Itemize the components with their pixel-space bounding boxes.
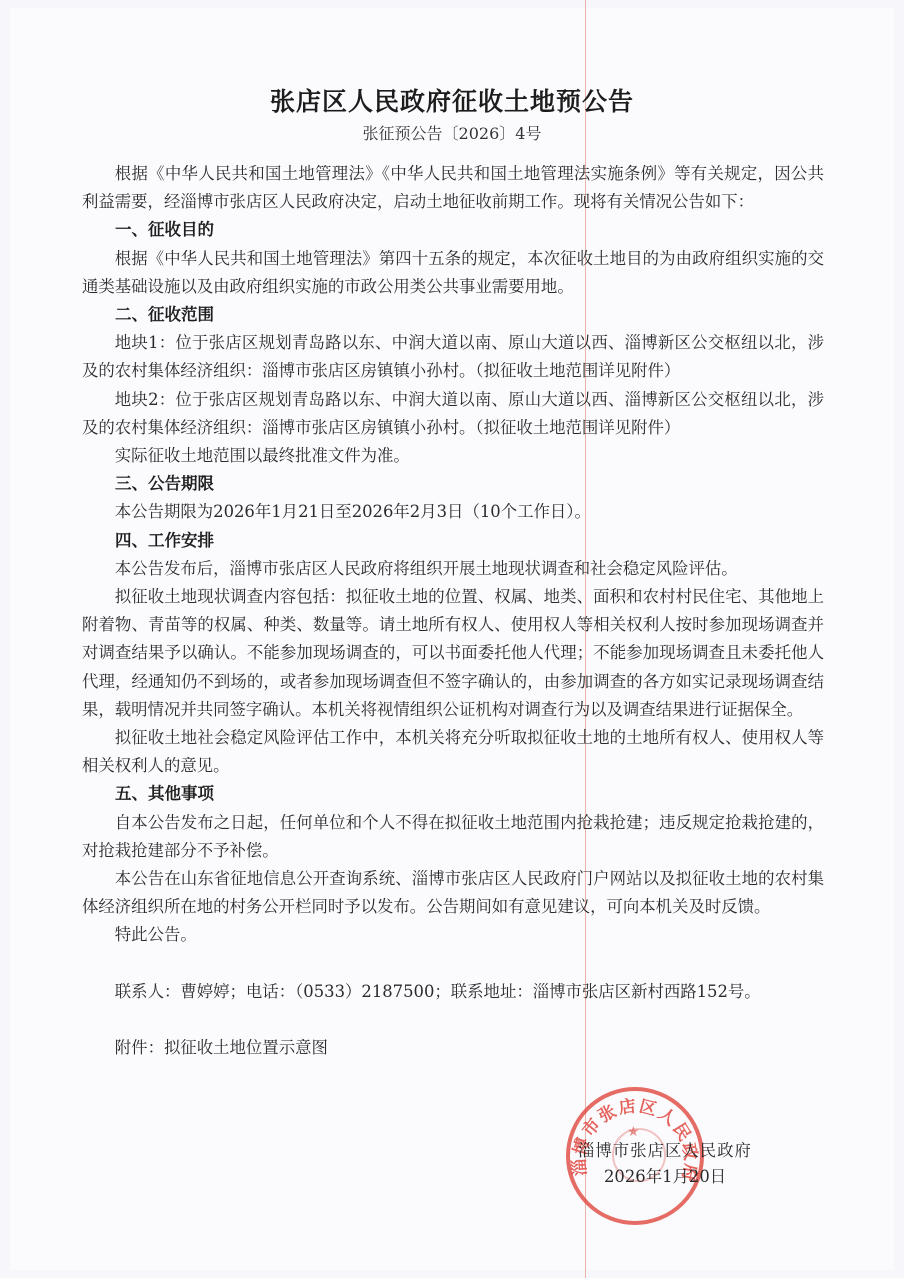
- signature-organization: 淄博市张店区人民政府: [578, 1137, 752, 1161]
- paragraph: 本公告发布后，淄博市张店区人民政府将组织开展土地现状调查和社会稳定风险评估。: [82, 555, 824, 583]
- attachment-note: 附件：拟征收土地位置示意图: [82, 1034, 824, 1062]
- section-heading-scope: 二、征收范围: [82, 301, 824, 329]
- section-heading-arrangement: 四、工作安排: [82, 527, 824, 555]
- paragraph: 自本公告发布之日起，任何单位和个人不得在拟征收土地范围内抢栽抢建；违反规定抢栽抢…: [82, 809, 824, 865]
- intro-paragraph: 根据《中华人民共和国土地管理法》《中华人民共和国土地管理法实施条例》等有关规定，…: [82, 160, 824, 216]
- section-heading-period: 三、公告期限: [82, 470, 824, 498]
- paragraph: 拟征收土地现状调查内容包括：拟征收土地的位置、权属、地类、面积和农村村民住宅、其…: [82, 583, 824, 724]
- paragraph: 实际征收土地范围以最终批准文件为准。: [82, 442, 824, 470]
- document-body: 根据《中华人民共和国土地管理法》《中华人民共和国土地管理法实施条例》等有关规定，…: [82, 160, 824, 1062]
- closing-line: 特此公告。: [82, 921, 824, 949]
- section-heading-purpose: 一、征收目的: [82, 216, 824, 244]
- paragraph: 根据《中华人民共和国土地管理法》第四十五条的规定，本次征收土地目的为由政府组织实…: [82, 245, 824, 301]
- signature-date: 2026年1月20日: [604, 1163, 726, 1187]
- paragraph: 本公告期限为2026年1月21日至2026年2月3日（10个工作日）。: [82, 498, 824, 526]
- paragraph-plot-2: 地块2：位于张店区规划青岛路以东、中润大道以南、原山大道以西、淄博新区公交枢纽以…: [82, 386, 824, 442]
- contact-info: 联系人：曹婷婷；电话：（0533）2187500；联系地址：淄博市张店区新村西路…: [82, 978, 824, 1006]
- document-title: 张店区人民政府征收土地预公告: [0, 82, 904, 118]
- paragraph-plot-1: 地块1：位于张店区规划青岛路以东、中润大道以南、原山大道以西、淄博新区公交枢纽以…: [82, 329, 824, 385]
- paragraph: 拟征收土地社会稳定风险评估工作中，本机关将充分听取拟征收土地的土地所有权人、使用…: [82, 724, 824, 780]
- section-heading-other: 五、其他事项: [82, 780, 824, 808]
- document-number: 张征预公告〔2026〕4号: [0, 121, 904, 144]
- paragraph: 本公告在山东省征地信息公开查询系统、淄博市张店区人民政府门户网站以及拟征收土地的…: [82, 865, 824, 921]
